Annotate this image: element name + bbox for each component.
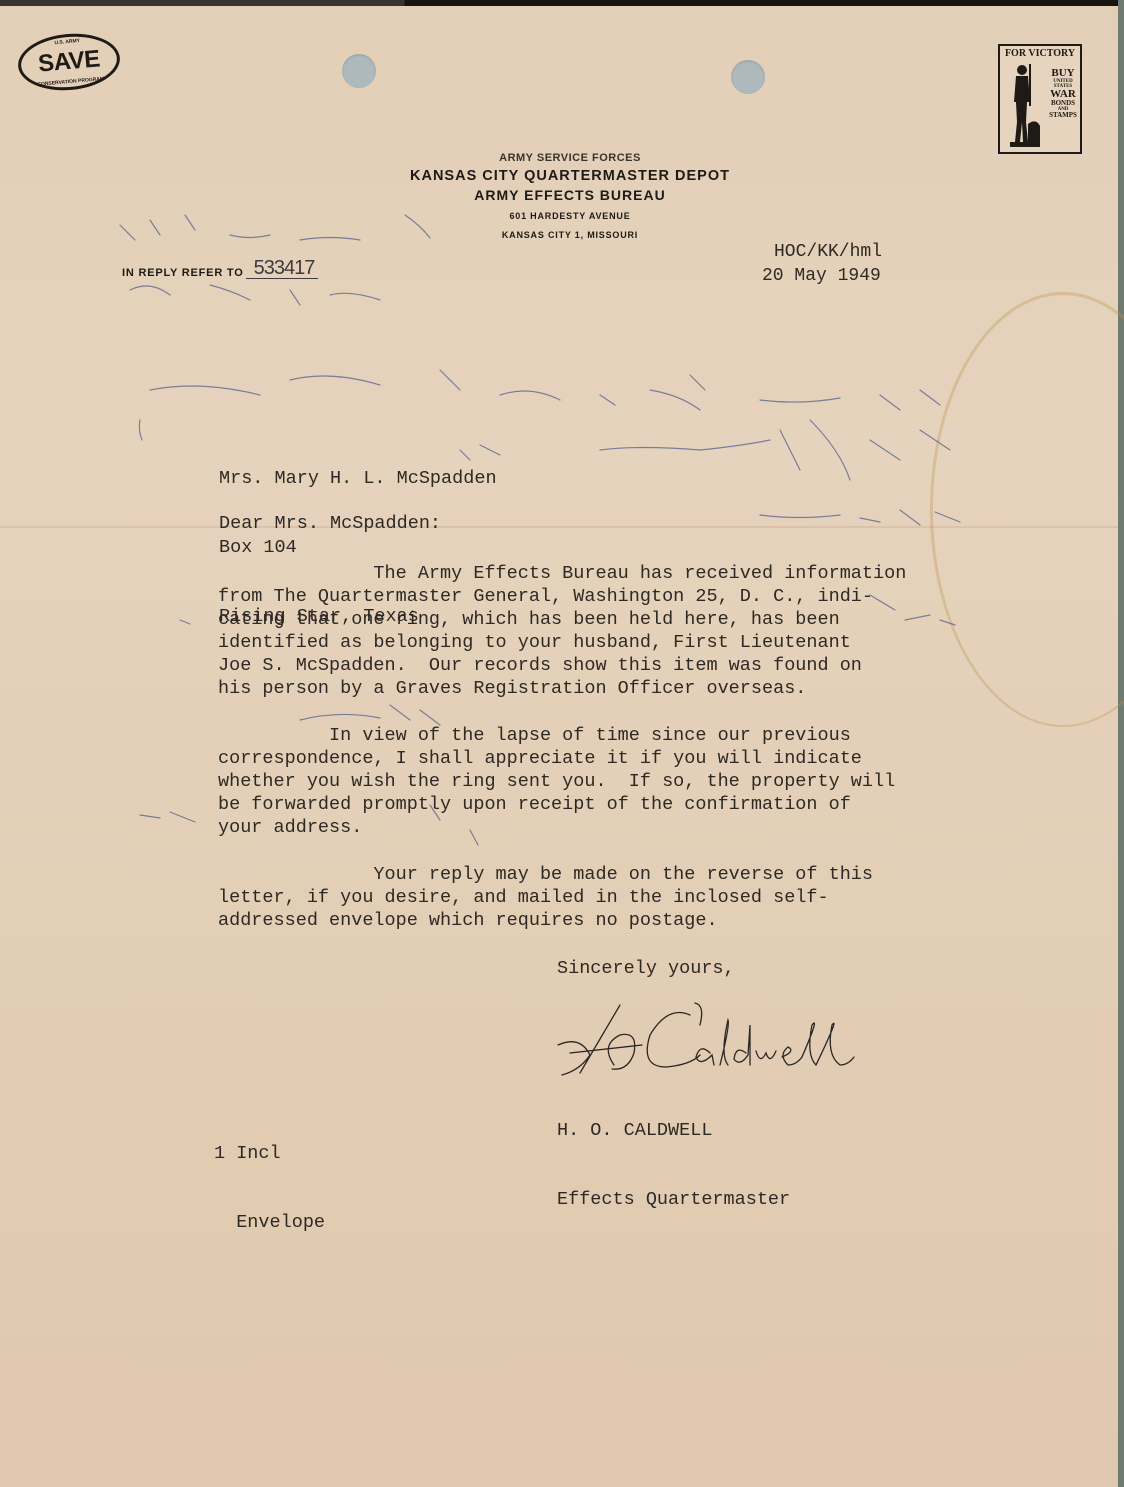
enclosure-item: Envelope (214, 1211, 325, 1234)
punch-hole-left (342, 54, 376, 88)
salutation: Dear Mrs. McSpadden: (219, 512, 441, 535)
body-paragraph-1: The Army Effects Bureau has received inf… (218, 562, 906, 700)
punch-hole-right (731, 60, 765, 94)
save-stamp-word: SAVE (37, 45, 101, 78)
signer-title: Effects Quartermaster (557, 1188, 790, 1211)
reply-reference-label: IN REPLY REFER TO (122, 267, 244, 279)
scan-right-border (1118, 0, 1124, 1487)
handwritten-signature: H.O. Caldwell (550, 995, 860, 1085)
reply-reference: IN REPLY REFER TO 533417 (122, 258, 318, 279)
stamp-line-bonds: BONDS (1044, 100, 1082, 107)
signature-block: H. O. CALDWELL Effects Quartermaster (557, 1073, 790, 1234)
minuteman-icon (1006, 62, 1042, 148)
body-paragraph-3: Your reply may be made on the reverse of… (218, 863, 873, 932)
stamp-line-buy: BUY (1044, 68, 1082, 79)
stamp-line-stamps: STAMPS (1044, 112, 1082, 119)
letterhead-struck-line: ARMY SERVICE FORCES (330, 152, 810, 164)
signer-name: H. O. CALDWELL (557, 1119, 790, 1142)
enclosure-count: 1 Incl (214, 1142, 325, 1165)
body-paragraph-2: In view of the lapse of time since our p… (218, 724, 895, 839)
reference-code-and-date: HOC/KK/hml 20 May 1949 (774, 240, 882, 288)
war-bonds-stamp-text: BUY UNITED STATES WAR BONDS AND STAMPS (1044, 68, 1082, 119)
reply-reference-number: 533417 (246, 258, 319, 279)
letterhead: ARMY SERVICE FORCES KANSAS CITY QUARTERM… (330, 152, 810, 240)
save-stamp-top-text: U.S. ARMY (54, 38, 80, 46)
letter-date: 20 May 1949 (762, 264, 882, 288)
letterhead-city: KANSAS CITY 1, MISSOURI (330, 230, 810, 240)
reference-code: HOC/KK/hml (774, 240, 882, 264)
war-bonds-stamp-title: FOR VICTORY (1000, 48, 1080, 59)
letterhead-bureau: ARMY EFFECTS BUREAU (330, 187, 810, 203)
closing: Sincerely yours, (557, 957, 735, 980)
recipient-name: Mrs. Mary H. L. McSpadden (219, 467, 497, 490)
letterhead-org: KANSAS CITY QUARTERMASTER DEPOT (330, 168, 810, 184)
recipient-box: Box 104 (219, 536, 497, 559)
enclosure-note: 1 Incl Envelope (214, 1096, 325, 1257)
war-bonds-stamp: FOR VICTORY BUY UNITED STATES WAR BONDS … (998, 44, 1082, 154)
letterhead-street: 601 HARDESTY AVENUE (330, 211, 810, 221)
